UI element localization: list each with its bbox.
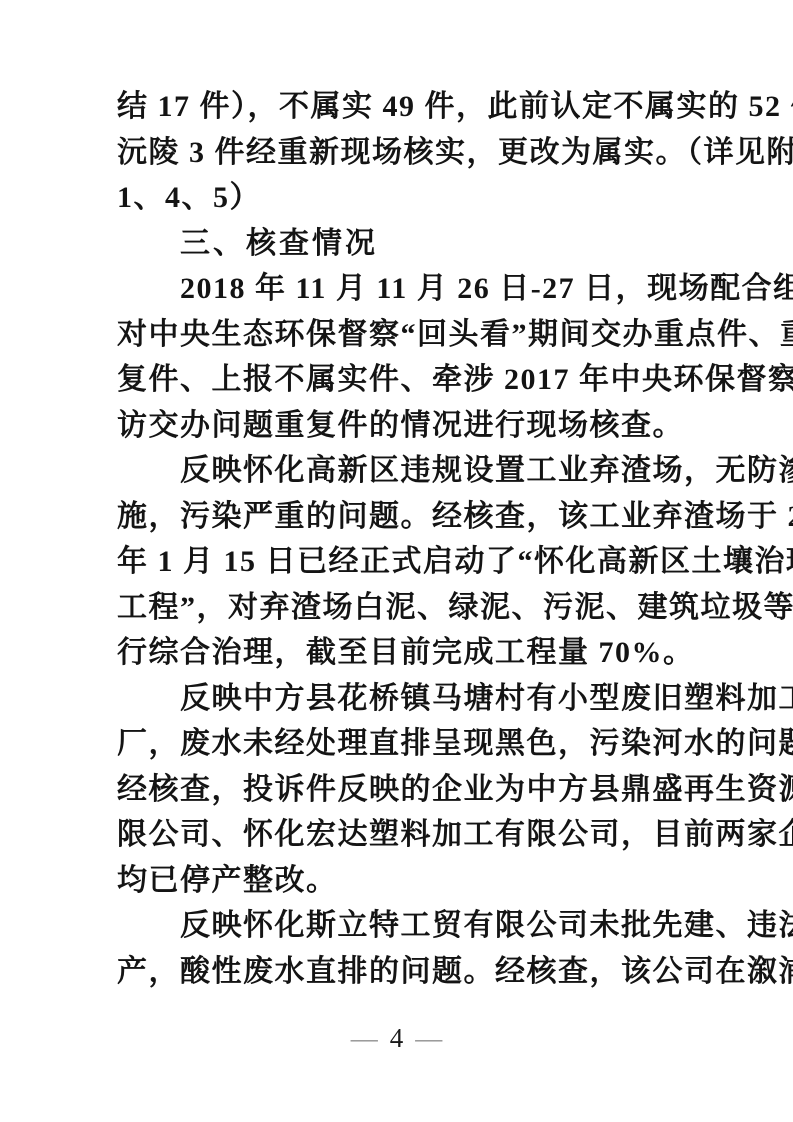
text-line: 对中央生态环保督察“回头看”期间交办重点件、重: [117, 312, 703, 358]
text-line: 产，酸性废水直排的问题。经核查，该公司在溆浦县: [117, 949, 703, 995]
page-footer: —4—: [0, 1018, 793, 1058]
text-line: 反映中方县花桥镇马塘村有小型废旧塑料加工: [117, 676, 703, 722]
text-line: 2018 年 11 月 11 月 26 日-27 日，现场配合组对: [117, 266, 703, 312]
page-number: 4: [390, 1023, 404, 1053]
text-line: 1、4、5）: [117, 175, 703, 221]
text-line: 复件、上报不属实件、牵涉 2017 年中央环保督察信: [117, 357, 703, 403]
text-line: 工程”，对弃渣场白泥、绿泥、污泥、建筑垃圾等进: [117, 585, 703, 631]
text-line: 结 17 件），不属实 49 件，此前认定不属实的 52 件，: [117, 84, 703, 130]
text-line: 均已停产整改。: [117, 858, 703, 904]
text-line: 年 1 月 15 日已经正式启动了“怀化高新区土壤治理: [117, 539, 703, 585]
text-line: 访交办问题重复件的情况进行现场核查。: [117, 403, 703, 449]
text-line: 施，污染严重的问题。经核查，该工业弃渣场于 2018: [117, 494, 703, 540]
footer-dash-left: —: [351, 1023, 378, 1053]
text-line: 限公司、怀化宏达塑料加工有限公司，目前两家企业: [117, 812, 703, 858]
text-line: 反映怀化斯立特工贸有限公司未批先建、违法生: [117, 903, 703, 949]
text-line: 沅陵 3 件经重新现场核实，更改为属实。（详见附件: [117, 130, 703, 176]
text-line: 行综合治理，截至目前完成工程量 70%。: [117, 630, 703, 676]
document-body: 结 17 件），不属实 49 件，此前认定不属实的 52 件，沅陵 3 件经重新…: [117, 84, 703, 994]
footer-dash-right: —: [415, 1023, 442, 1053]
document-page: 结 17 件），不属实 49 件，此前认定不属实的 52 件，沅陵 3 件经重新…: [0, 0, 793, 1122]
text-line: 经核查，投诉件反映的企业为中方县鼎盛再生资源有: [117, 767, 703, 813]
section-heading: 三、核查情况: [117, 221, 703, 267]
text-line: 厂，废水未经处理直排呈现黑色，污染河水的问题。: [117, 721, 703, 767]
text-line: 反映怀化高新区违规设置工业弃渣场，无防渗设: [117, 448, 703, 494]
